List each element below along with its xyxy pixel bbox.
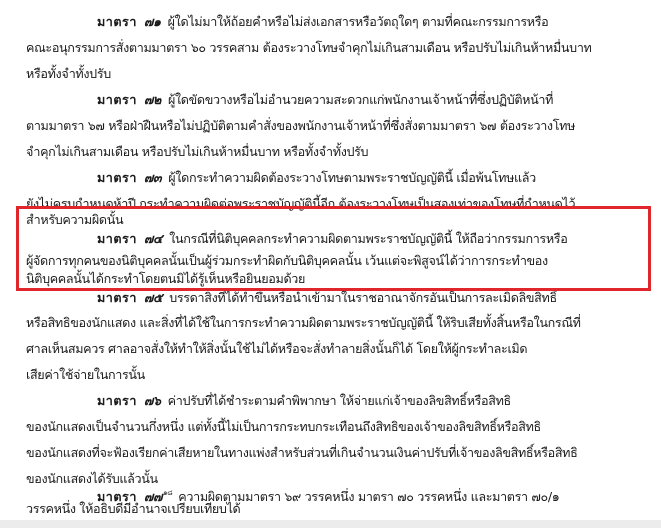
section-number: ๗๑ [144,14,161,29]
section-label: มาตรา [97,290,137,305]
section-71-line: คณะอนุกรรมการสั่งตามมาตรา ๖๐ วรรคสาม ต้อ… [26,35,646,61]
page-bottom-edge [0,520,661,528]
section-number: ๗๒ [144,92,161,107]
section-73-line: สำหรับความผิดนั้น [26,210,646,226]
section-74-line: นิติบุคคลนั้นได้กระทำโดยตนมิได้รู้เห็นหร… [26,268,646,288]
section-71-line: หรือทั้งจำทั้งปรับ [26,61,646,87]
footnote-marker: ๑๘ [163,489,172,497]
section-77-line: วรรคหนึ่ง ให้อธิบดีมีอำนาจเปรียบเทียบได้ [26,498,646,520]
document-page: มาตรา๗๑ผู้ใดไม่มาให้ถ้อยคำหรือไม่ส่งเอกส… [0,0,661,520]
section-75-line: ศาลเห็นสมควร ศาลอาจสั่งให้ทำให้สิ่งนั้นใ… [26,336,646,362]
section-71-heading-line: มาตรา๗๑ผู้ใดไม่มาให้ถ้อยคำหรือไม่ส่งเอกส… [97,9,647,35]
section-number: ๗๕ [144,290,162,305]
section-72-heading-line: มาตรา๗๒ผู้ใดขัดขวางหรือไม่อำนวยความสะดวก… [97,87,647,113]
section-72-line: ตามมาตรา ๖๗ หรือฝ่าฝืนหรือไม่ปฏิบัติตามค… [26,113,646,139]
section-text: ผู้ใดขัดขวางหรือไม่อำนวยความสะดวกแก่พนัก… [168,92,553,107]
section-text: ผู้ใดกระทำความผิดต้องระวางโทษตามพระราชบั… [168,170,536,185]
section-label: มาตรา [97,393,137,408]
section-number: ๗๔ [144,231,162,246]
section-75-line: หรือสิทธิของนักแสดง และสิ่งที่ได้ใช้ในกา… [26,310,646,336]
section-76-line: ของนักแสดงที่จะฟ้องเรียกค่าเสียหายในทางแ… [26,440,646,466]
section-text: ในกรณีที่นิติบุคคลกระทำความผิดตามพระราชบ… [169,231,567,246]
section-text: บรรดาสิ่งที่ได้ทำขึ้นหรือนำเข้ามาในราชอา… [169,290,557,305]
section-label: มาตรา [97,92,137,107]
section-76-heading-line: มาตรา๗๖ค่าปรับที่ได้ชำระตามคำพิพากษา ให้… [97,388,647,414]
section-label: มาตรา [97,14,137,29]
section-text: ค่าปรับที่ได้ชำระตามคำพิพากษา ให้จ่ายแก่… [168,393,511,408]
section-number: ๗๖ [144,393,161,408]
section-72-line: จำคุกไม่เกินสามเดือน หรือปรับไม่เกินห้าห… [26,139,646,165]
section-76-line: ของนักแสดงเป็นจำนวนกึ่งหนึ่ง แต่ทั้งนี้ไ… [26,414,646,440]
section-label: มาตรา [97,231,137,246]
section-label: มาตรา [97,170,137,185]
section-text: ผู้ใดไม่มาให้ถ้อยคำหรือไม่ส่งเอกสารหรือว… [168,14,549,29]
section-73-heading-line: มาตรา๗๓ผู้ใดกระทำความผิดต้องระวางโทษตามพ… [97,165,647,191]
section-number: ๗๓ [144,170,161,185]
section-75-heading-line: มาตรา๗๕บรรดาสิ่งที่ได้ทำขึ้นหรือนำเข้ามา… [97,288,647,310]
section-75-line: เสียค่าใช้จ่ายในการนั้น [26,362,646,388]
